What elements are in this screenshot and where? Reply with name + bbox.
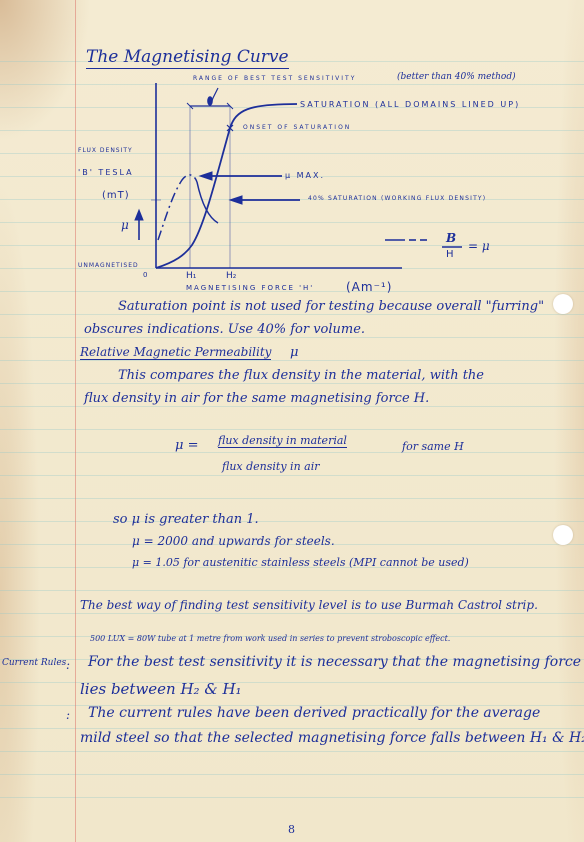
formula-lhs: μ =	[175, 438, 198, 453]
para2-line2: flux density in air for the same magneti…	[84, 391, 429, 406]
rule2-line2: mild steel so that the selected magnetis…	[80, 730, 584, 746]
mu-max-label: μ MAX.	[285, 171, 325, 180]
list-line-3: μ = 1.05 for austenitic stainless steels…	[132, 556, 469, 569]
origin-label: UNMAGNETISED	[78, 262, 139, 269]
mu-label: μ	[121, 218, 129, 232]
legend-equals: = μ	[468, 239, 490, 253]
rule1-line2: lies between H₂ & H₁	[80, 680, 242, 698]
section-heading-symbol: μ	[290, 345, 298, 360]
onset-label: ONSET OF SATURATION	[243, 124, 351, 131]
x-axis-label: MAGNETISING FORCE 'H'	[186, 284, 314, 292]
formula-numerator: flux density in material	[218, 434, 347, 448]
range-note: (better than 40% method)	[397, 72, 516, 82]
burmah-line: The best way of finding test sensitivity…	[80, 598, 538, 612]
range-label: RANGE OF BEST TEST SENSITIVITY	[193, 75, 356, 82]
margin-marker-1: :	[66, 658, 70, 672]
legend-h: H	[446, 249, 454, 260]
y-axis-unit: (mT)	[102, 190, 130, 201]
lux-line: 500 LUX = 80W tube at 1 metre from work …	[90, 634, 450, 643]
h1-label: H₁	[186, 271, 196, 281]
x-axis-unit: (Am⁻¹)	[346, 280, 392, 294]
h2-label: H₂	[226, 271, 236, 281]
legend-b: B	[446, 231, 456, 245]
rule1-line1: For the best test sensitivity it is nece…	[88, 654, 581, 670]
formula-denominator: flux density in air	[222, 460, 320, 473]
forty-percent-label: 40% SATURATION (WORKING FLUX DENSITY)	[308, 195, 486, 202]
para2-line1: This compares the flux density in the ma…	[118, 368, 484, 383]
margin-note: Current Rules	[2, 658, 66, 668]
y-axis-label: FLUX DENSITY	[78, 147, 133, 154]
rule2-line1: The current rules have been derived prac…	[88, 705, 540, 721]
page-number: 8	[288, 823, 295, 836]
y-axis-symbol: 'B' TESLA	[78, 168, 134, 177]
para1-line2: obscures indications. Use 40% for volume…	[84, 322, 365, 337]
formula-note: for same H	[402, 440, 464, 453]
margin-marker-2: :	[66, 708, 70, 722]
saturation-label: SATURATION (ALL DOMAINS LINED UP)	[300, 100, 520, 109]
para1-line1: Saturation point is not used for testing…	[118, 299, 544, 314]
section-heading: Relative Magnetic Permeability	[80, 345, 271, 360]
zero-label: 0	[143, 271, 149, 279]
list-line-1: so μ is greater than 1.	[113, 512, 259, 527]
list-line-2: μ = 2000 and upwards for steels.	[132, 534, 335, 548]
